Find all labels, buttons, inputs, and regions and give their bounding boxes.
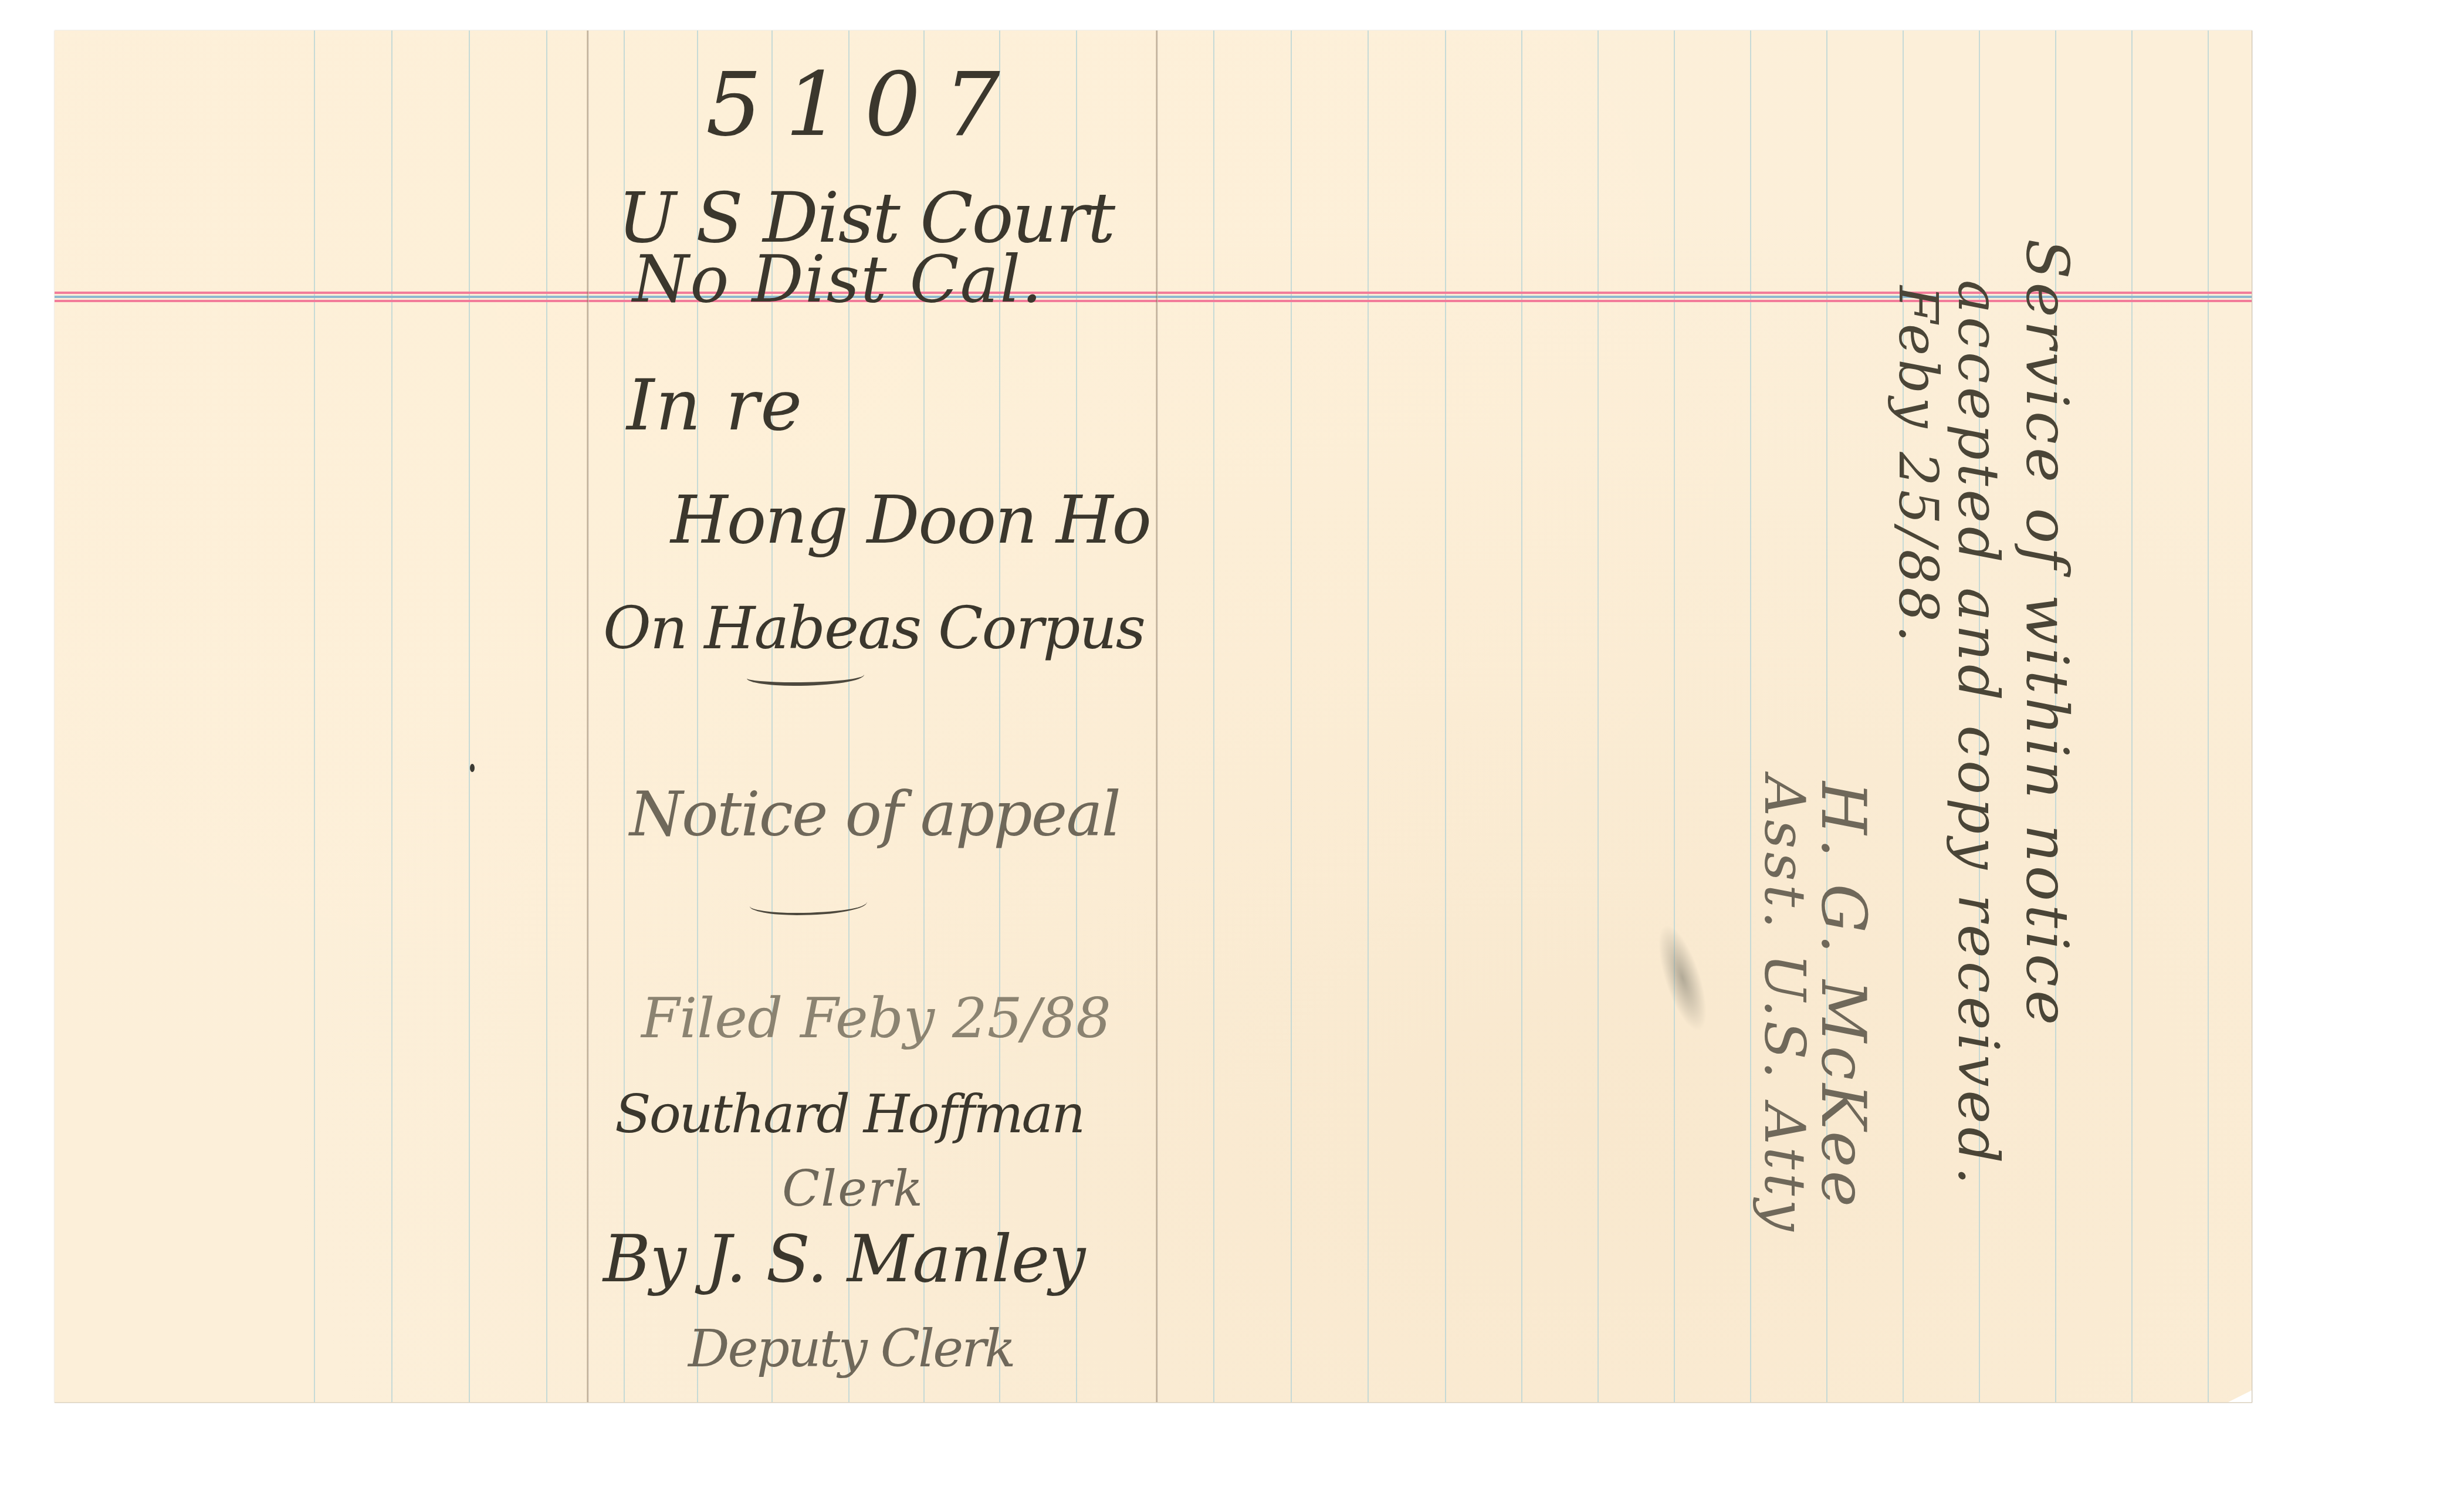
ruled-line bbox=[2208, 31, 2209, 1402]
ruled-line bbox=[469, 31, 470, 1402]
filed-date: Filed Feby 25/88 bbox=[641, 987, 1111, 1051]
clerk-title: Clerk bbox=[782, 1160, 924, 1217]
ruled-line bbox=[1597, 31, 1599, 1402]
deputy-title: Deputy Clerk bbox=[688, 1318, 1014, 1379]
ink-smudge bbox=[1649, 919, 1717, 1036]
service-signer-title: Asst. U.S. Atty bbox=[1752, 776, 1817, 1234]
service-signer: H. G. McKee bbox=[1808, 781, 1879, 1210]
ink-speck bbox=[470, 764, 475, 772]
service-date: Feby 25/88. bbox=[1887, 286, 1949, 646]
service-line-2: accepted and copy received. bbox=[1945, 280, 2011, 1188]
ruled-line bbox=[1213, 31, 1214, 1402]
ruled-line bbox=[1445, 31, 1446, 1402]
deputy-by-line: By J. S. Manley bbox=[603, 1221, 1085, 1297]
ruled-line bbox=[1674, 31, 1675, 1402]
torn-corner bbox=[2228, 1390, 2252, 1402]
fold-crease-left bbox=[587, 31, 589, 1402]
ruled-line bbox=[1903, 31, 1904, 1402]
ruled-line bbox=[1521, 31, 1522, 1402]
ruled-line bbox=[2131, 31, 2133, 1402]
ruled-line bbox=[1291, 31, 1292, 1402]
case-number: 5107 bbox=[706, 54, 1024, 156]
caption-in-re: In re bbox=[627, 365, 803, 446]
ruled-line bbox=[1368, 31, 1369, 1402]
flourish-divider bbox=[750, 893, 867, 915]
caption-matter: On Habeas Corpus bbox=[603, 594, 1145, 662]
fold-crease-right bbox=[1156, 31, 1158, 1402]
document-title: Notice of appeal bbox=[629, 779, 1120, 850]
clerk-name: Southard Hoffman bbox=[615, 1084, 1084, 1145]
flourish-divider bbox=[747, 667, 864, 686]
ruled-line bbox=[391, 31, 392, 1402]
court-district: No Dist Cal. bbox=[632, 242, 1043, 317]
ruled-line bbox=[546, 31, 547, 1402]
document-sheet: 5107 U S Dist Court No Dist Cal. In re H… bbox=[55, 31, 2252, 1403]
caption-party: Hong Doon Ho bbox=[671, 482, 1150, 559]
ruled-line bbox=[314, 31, 315, 1402]
ruled-line bbox=[1750, 31, 1751, 1402]
service-line-1: Service of within notice bbox=[2013, 239, 2081, 1028]
